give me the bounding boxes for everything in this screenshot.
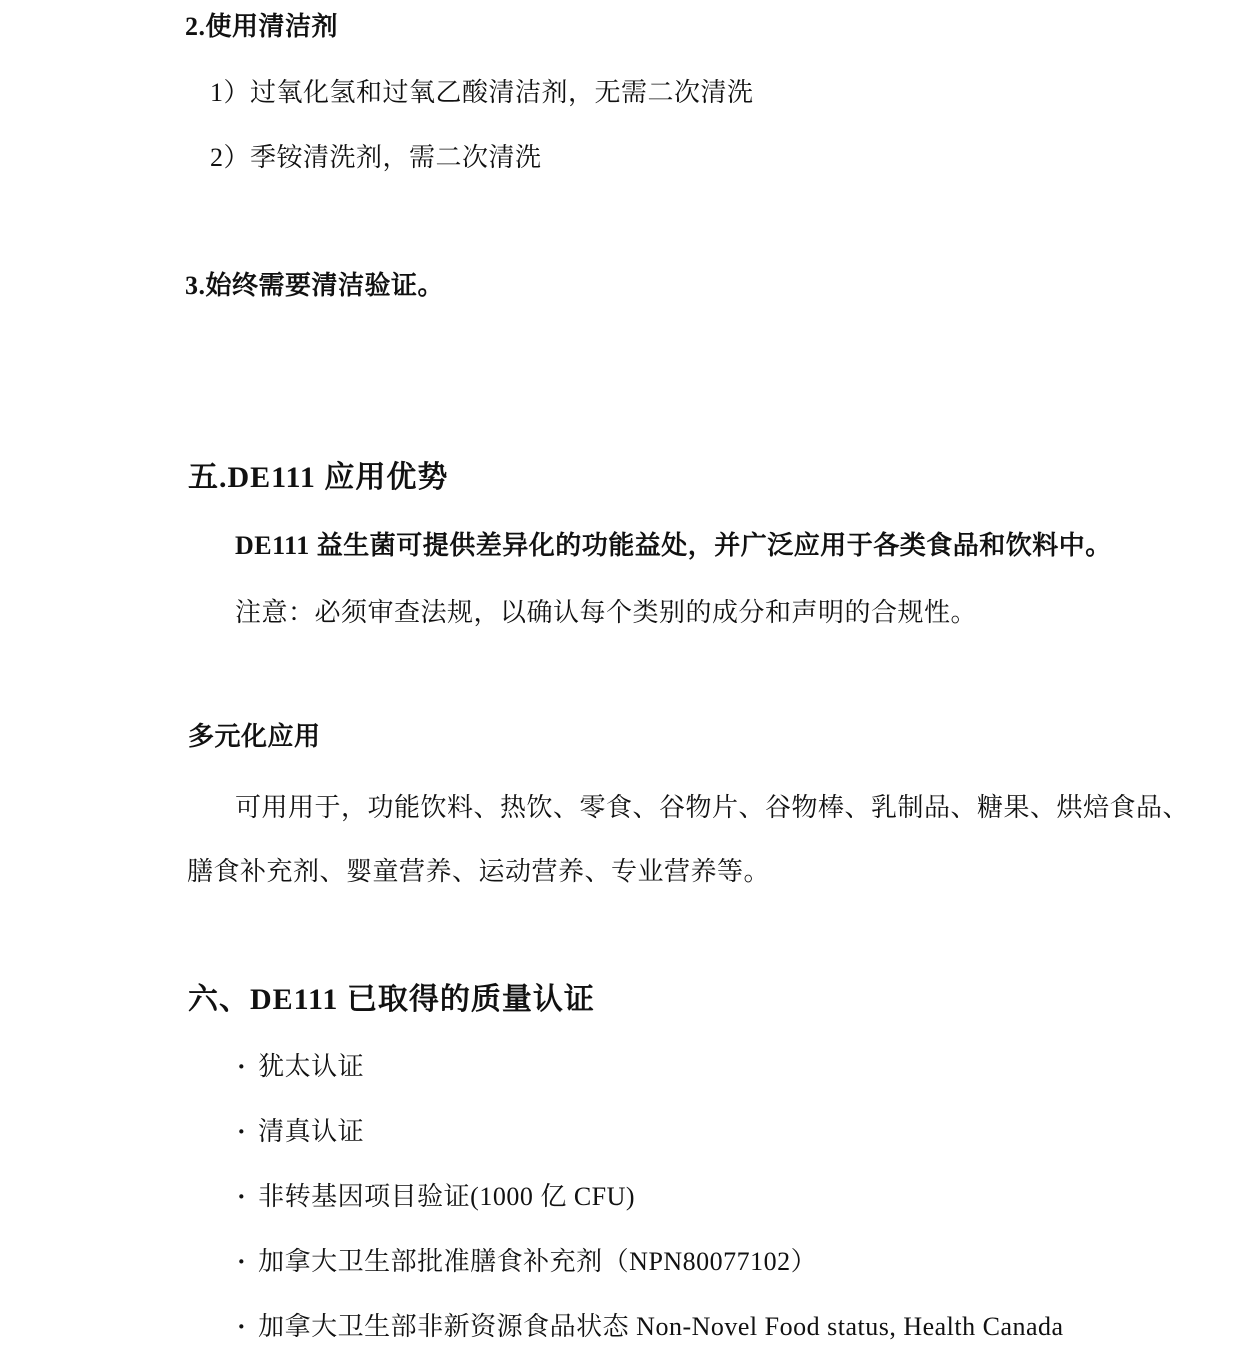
cert-item-label: 非转基因项目验证(1000 亿 CFU)	[258, 1182, 635, 1212]
cleaner-list-item-2: 2）季铵清洗剂，需二次清洗	[210, 143, 542, 173]
bullet-icon: ·	[237, 1052, 246, 1082]
cert-item-label: 加拿大卫生部非新资源食品状态 Non-Novel Food status, He…	[258, 1312, 1063, 1342]
bullet-icon: ·	[237, 1312, 246, 1342]
cert-item-label: 加拿大卫生部批准膳食补充剂（NPN80077102）	[258, 1247, 817, 1277]
section5-note: 注意：必须审查法规，以确认每个类别的成分和声明的合规性。	[235, 598, 977, 628]
cert-item-label: 清真认证	[258, 1117, 364, 1147]
cert-item-halal: · 清真认证	[237, 1117, 364, 1147]
applications-paragraph-line-2: 膳食补充剂、婴童营养、运动营养、专业营养等。	[187, 857, 770, 887]
subheading-diversified-applications: 多元化应用	[188, 722, 321, 752]
bullet-icon: ·	[237, 1117, 246, 1147]
heading-use-cleaners: 2.使用清洁剂	[185, 12, 338, 42]
cleaner-list-item-1: 1）过氧化氢和过氧乙酸清洁剂，无需二次清洗	[210, 78, 754, 108]
heading-cleaning-validation: 3.始终需要清洁验证。	[185, 271, 444, 301]
section5-lead-paragraph: DE111 益生菌可提供差异化的功能益处，并广泛应用于各类食品和饮料中。	[235, 531, 1112, 561]
applications-paragraph-line-1: 可用用于，功能饮料、热饮、零食、谷物片、谷物棒、乳制品、糖果、烘焙食品、	[235, 793, 1189, 823]
section6-title: 六、DE111 已取得的质量认证	[188, 983, 595, 1018]
bullet-icon: ·	[237, 1247, 246, 1277]
cert-item-non-novel-food: · 加拿大卫生部非新资源食品状态 Non-Novel Food status, …	[237, 1312, 1064, 1342]
bullet-icon: ·	[237, 1182, 246, 1212]
cert-item-kosher: · 犹太认证	[237, 1052, 364, 1082]
document-page: 2.使用清洁剂 1）过氧化氢和过氧乙酸清洁剂，无需二次清洗 2）季铵清洗剂，需二…	[0, 0, 1240, 1349]
section5-title: 五.DE111 应用优势	[188, 461, 448, 496]
cert-item-label: 犹太认证	[258, 1052, 364, 1082]
cert-item-npn: · 加拿大卫生部批准膳食补充剂（NPN80077102）	[237, 1247, 817, 1277]
cert-item-non-gmo: · 非转基因项目验证(1000 亿 CFU)	[237, 1182, 635, 1212]
